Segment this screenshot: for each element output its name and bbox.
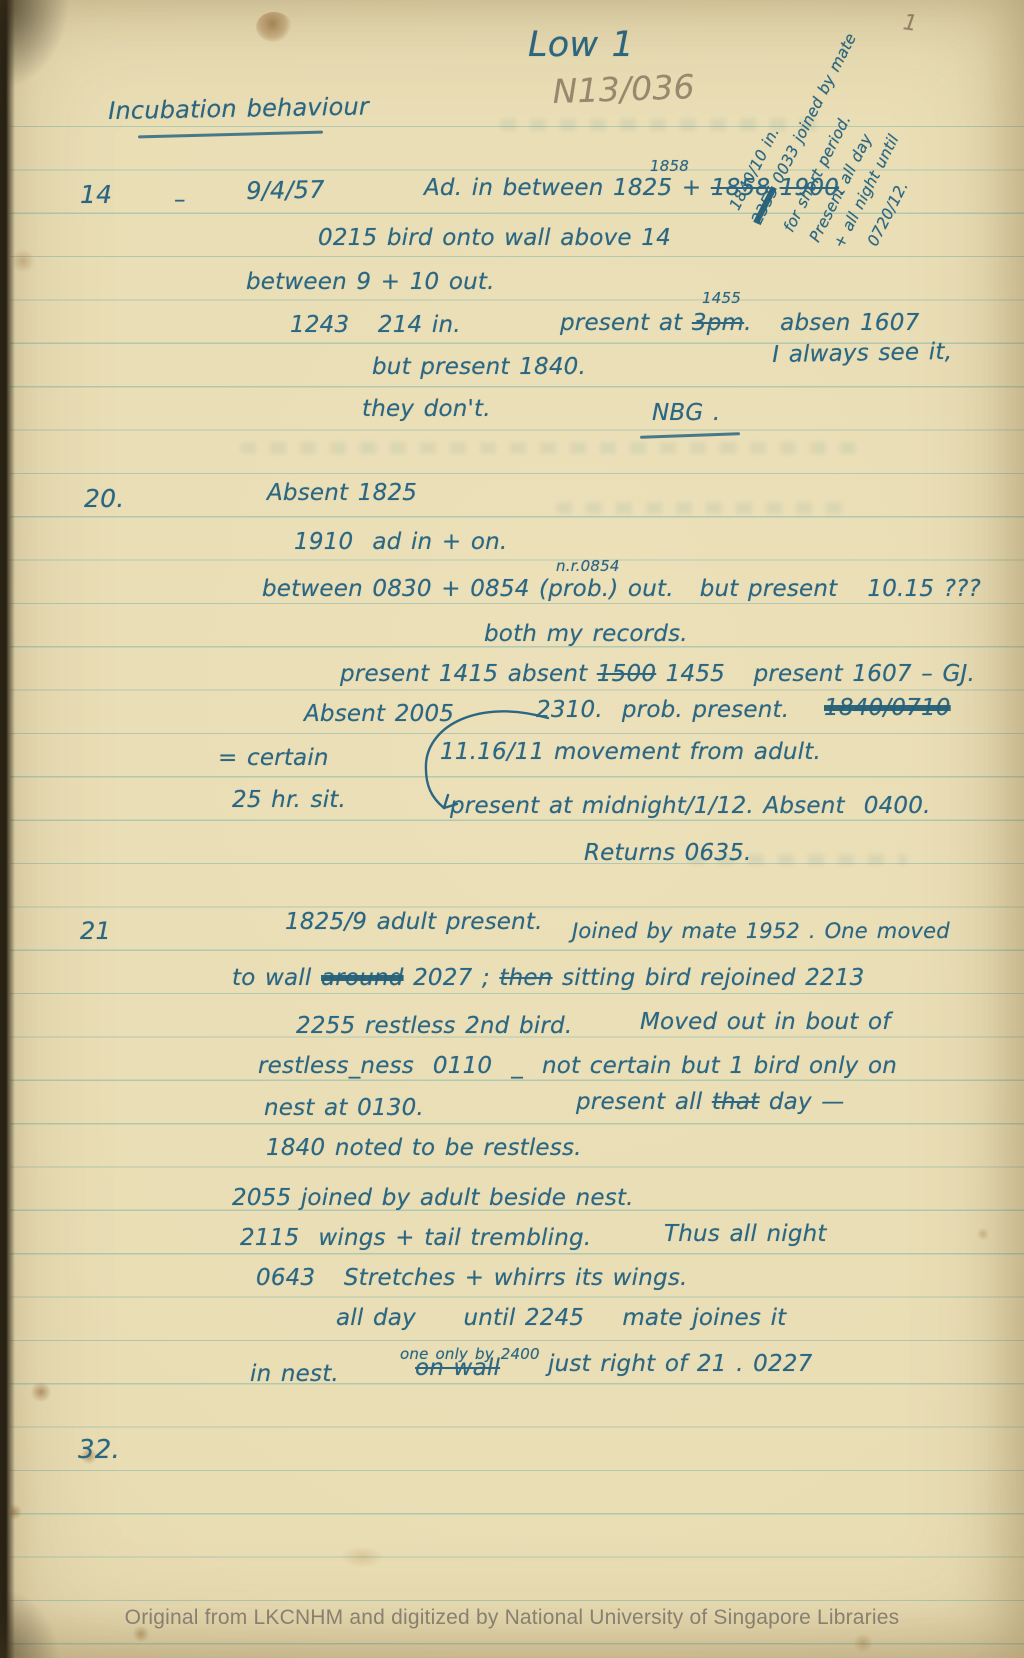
entry21-line8b: Thus all night [664,1222,827,1247]
curved-arrow [398,692,568,822]
stain [976,1228,990,1240]
text: Ad. in between 1825 + [424,175,711,201]
text: NBG [652,400,703,426]
text [584,1305,622,1331]
entry20-line7a: = certain [218,746,329,771]
text: . [744,310,780,336]
entry14-correction-above: 1455 [702,290,741,307]
text: 10.15 ??? [867,576,981,602]
text: to wall [232,965,321,991]
entry14-line5a: but present 1840. [372,355,586,380]
entry21-line10: all day until 2245 mate joines it [336,1306,786,1331]
entry14-dash: – [174,188,186,213]
entry20-line3: between 0830 + 0854 (prob.) out.but pres… [262,577,981,602]
entry21-number: 21 [80,918,111,944]
scanned-notebook-page: Low 1 N13/036 1 Incubation behaviour 184… [0,0,1024,1658]
ink-header: Low 1 [528,26,634,65]
struck-text: 1858 [711,175,770,201]
entry21-line3a: 2255 restless 2nd bird. [296,1014,572,1039]
text: absen 1607 [780,310,919,336]
entry32-number: 32. [78,1436,120,1465]
corner-shadow-top-left [0,0,70,90]
entry20-line6b: 2310. prob. present. [536,698,789,723]
entry20-line1: Absent 1825 [267,481,417,506]
entry20-line8a: 25 hr. sit. [232,788,346,813]
entry14-line2: 0215 bird onto wall above 14 [318,226,671,251]
entry21-line8a: 2115 wings + tail trembling. [240,1226,591,1251]
entry20-line2: 1910 ad in + on. [294,530,507,555]
ink-bleedthrough [556,502,856,514]
struck-text: on wall [415,1356,500,1381]
nbg-underline [640,432,740,438]
entry21-line7: 2055 joined by adult beside nest. [232,1186,634,1211]
entry14-date: 9/4/57 [246,177,325,205]
title-underline [138,131,323,139]
ink-bleedthrough [240,442,860,454]
entry21-line2: to wall around 2027 ; then sitting bird … [232,966,865,991]
entry14-line4: present at 3pm. absen 1607 [560,311,919,336]
entry14-line3: between 9 + 10 out. [246,270,495,295]
struck-text: that [712,1089,760,1115]
page-edge-shadow [0,0,15,1658]
struck-text: 1840/0710 [824,696,951,721]
text: present all [576,1089,712,1115]
text: mate joines it [622,1305,786,1331]
text [416,1305,464,1331]
entry21-line3b: Moved out in bout of [640,1010,891,1035]
entry20-line4: both my records. [484,622,688,647]
entry21-line6: 1840 noted to be restless. [266,1136,582,1161]
entry20-number: 20. [84,485,124,513]
text: . [839,175,847,201]
text: present 1607 – GJ. [754,661,975,687]
entry21-line1a: 1825/9 adult present. [285,910,543,935]
entry14-line4-time: 1243 214 in. [290,313,461,338]
text: present 1415 absent [340,661,597,687]
footer-watermark: Original from LKCNHM and digitized by Na… [0,1606,1024,1630]
text: day — [759,1089,844,1115]
struck-text: 1500 [597,661,656,687]
entry21-line4: restless_ness 0110 _ not certain but 1 b… [258,1054,897,1079]
entry21-line1b: Joined by mate 1952 . One moved [572,920,950,943]
struck-text: then [499,965,552,991]
text: sitting bird rejoined 2213 [553,965,865,991]
struck-text: 3pm [692,310,744,336]
entry20-note-above: n.r.0854 [556,558,620,575]
stain [340,1546,384,1568]
text [770,175,780,201]
text: between 0830 + 0854 (prob.) out. [262,576,674,602]
stain [852,1634,874,1652]
text: 2027 ; [404,965,500,991]
text: present at [560,310,692,336]
struck-text: around [321,965,404,991]
entry14-correction-above: 1858 [650,158,689,175]
entry21-line5b: present all that day — [576,1090,845,1115]
text: 1455 [656,661,753,687]
entry21-line11a: in nest. [250,1362,339,1387]
entry14-line1: Ad. in between 1825 + 1858 1900. [424,176,847,201]
stain [30,1382,52,1402]
entry14-nbg: NBG . [652,401,720,426]
entry21-line5a: nest at 0130. [264,1096,424,1121]
stain [256,12,292,42]
page-number: 1 [901,11,918,37]
entry14-line6a: they don't. [362,397,491,422]
text: all day [336,1305,416,1331]
page-title: Incubation behaviour [108,93,369,124]
entry20-line9: Returns 0635. [584,841,752,866]
text: until 2245 [463,1305,584,1331]
entry20-line5: present 1415 absent 1500 1455 present 16… [340,662,975,687]
struck-text: 1900 [780,175,839,201]
entry21-line11b: just right of 21 . 0227 [548,1352,812,1377]
catalog-number-pencil: N13/036 [552,69,695,110]
text: . [703,400,720,426]
entry14-number: 14 [80,181,112,209]
entry21-line9: 0643 Stretches + whirrs its wings. [256,1266,688,1291]
text: but present [700,576,838,602]
entry14-line5b: I always see it, [772,340,952,368]
